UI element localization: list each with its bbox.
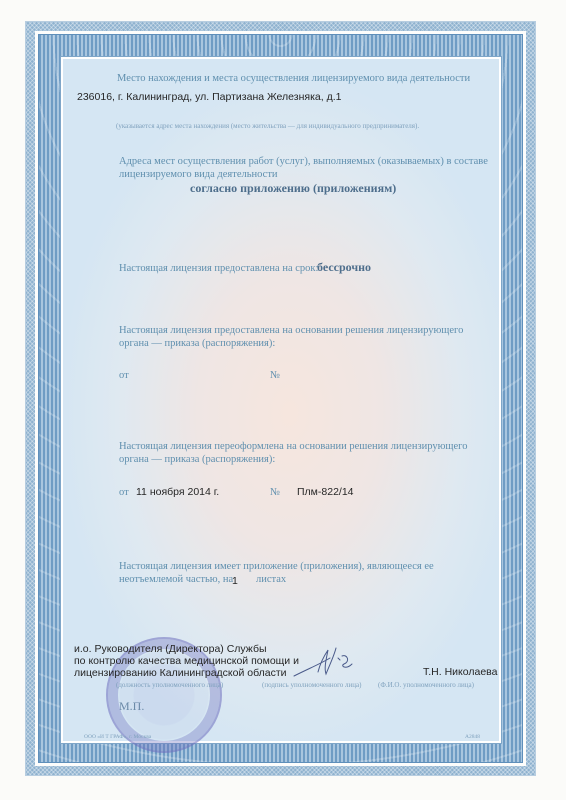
work-addresses-line2: лицензируемого вида деятельности <box>119 168 278 181</box>
position-line1: и.о. Руководителя (Директора) Службы <box>74 643 299 655</box>
reissued-number-label: № <box>270 486 280 499</box>
appendix-line2-suffix: листах <box>256 573 286 586</box>
granted-line2: органа — приказа (распоряжения): <box>119 337 275 350</box>
granted-from-label: от <box>119 369 129 382</box>
term-label: Настоящая лицензия предоставлена на срок… <box>119 262 318 275</box>
appendix-line1: Настоящая лицензия имеет приложение (при… <box>119 560 434 573</box>
appendix-sheets: 1 <box>232 575 238 587</box>
reissued-date: 11 ноября 2014 г. <box>136 486 219 498</box>
granted-line1: Настоящая лицензия предоставлена на осно… <box>119 324 463 337</box>
work-addresses-line1: Адреса мест осуществления работ (услуг),… <box>119 155 488 168</box>
signatory-position: и.о. Руководителя (Директора) Службы по … <box>74 643 299 679</box>
term-value: бессрочно <box>317 260 371 275</box>
reissued-line1: Настоящая лицензия переоформлена на осно… <box>119 440 467 453</box>
signature-icon <box>290 642 370 682</box>
work-addresses-value: согласно приложению (приложениям) <box>190 181 396 196</box>
position-line3: лицензированию Калининградской области <box>74 667 299 679</box>
form-code: А2848 <box>465 731 480 744</box>
location-address: 236016, г. Калининград, ул. Партизана Же… <box>77 91 341 103</box>
granted-number-label: № <box>270 369 280 382</box>
position-line2: по контролю качества медицинской помощи … <box>74 655 299 667</box>
seal-label: М.П. <box>119 700 144 713</box>
location-heading: Место нахождения и места осуществления л… <box>117 72 470 85</box>
printer-imprint: ООО «И Т ГРАФ», г. Москва <box>84 731 151 744</box>
appendix-line2-prefix: неотъемлемой частью, на <box>119 573 233 586</box>
reissued-from-label: от <box>119 486 129 499</box>
reissued-number: Плм-822/14 <box>297 486 354 498</box>
reissued-line2: органа — приказа (распоряжения): <box>119 453 275 466</box>
position-caption: (должность уполномоченного лица) <box>116 679 223 692</box>
location-note: (указывается адрес места нахождения (мес… <box>116 120 419 133</box>
signatory-name: Т.Н. Николаева <box>423 666 497 678</box>
name-caption: (Ф.И.О. уполномоченного лица) <box>378 679 474 692</box>
